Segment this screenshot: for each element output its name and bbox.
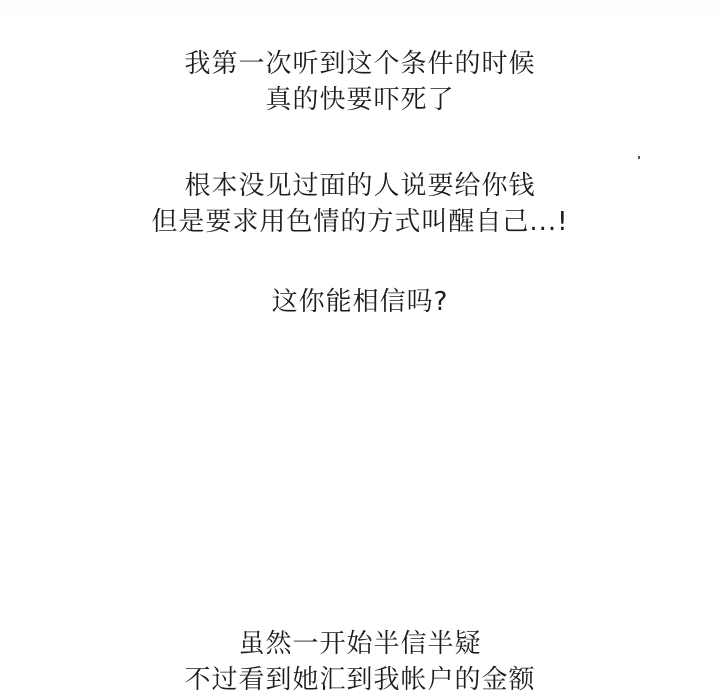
top-edge-fade bbox=[0, 0, 720, 22]
caption-line: 我第一次听到这个条件的时候 bbox=[0, 46, 720, 82]
caption-block-2: 根本没见过面的人说要给你钱 但是要求用色情的方式叫醒自己...! bbox=[0, 168, 720, 240]
caption-line: 但是要求用色情的方式叫醒自己...! bbox=[0, 204, 720, 240]
caption-block-4: 虽然一开始半信半疑 不过看到她汇到我帐户的金额 bbox=[0, 626, 720, 698]
caption-block-1: 我第一次听到这个条件的时候 真的快要吓死了 bbox=[0, 46, 720, 118]
ink-speck bbox=[638, 156, 640, 159]
caption-line: 不过看到她汇到我帐户的金额 bbox=[0, 662, 720, 698]
caption-line: 根本没见过面的人说要给你钱 bbox=[0, 168, 720, 204]
caption-line: 这你能相信吗? bbox=[0, 284, 720, 320]
caption-line: 真的快要吓死了 bbox=[0, 82, 720, 118]
caption-block-3: 这你能相信吗? bbox=[0, 284, 720, 320]
caption-line: 虽然一开始半信半疑 bbox=[0, 626, 720, 662]
